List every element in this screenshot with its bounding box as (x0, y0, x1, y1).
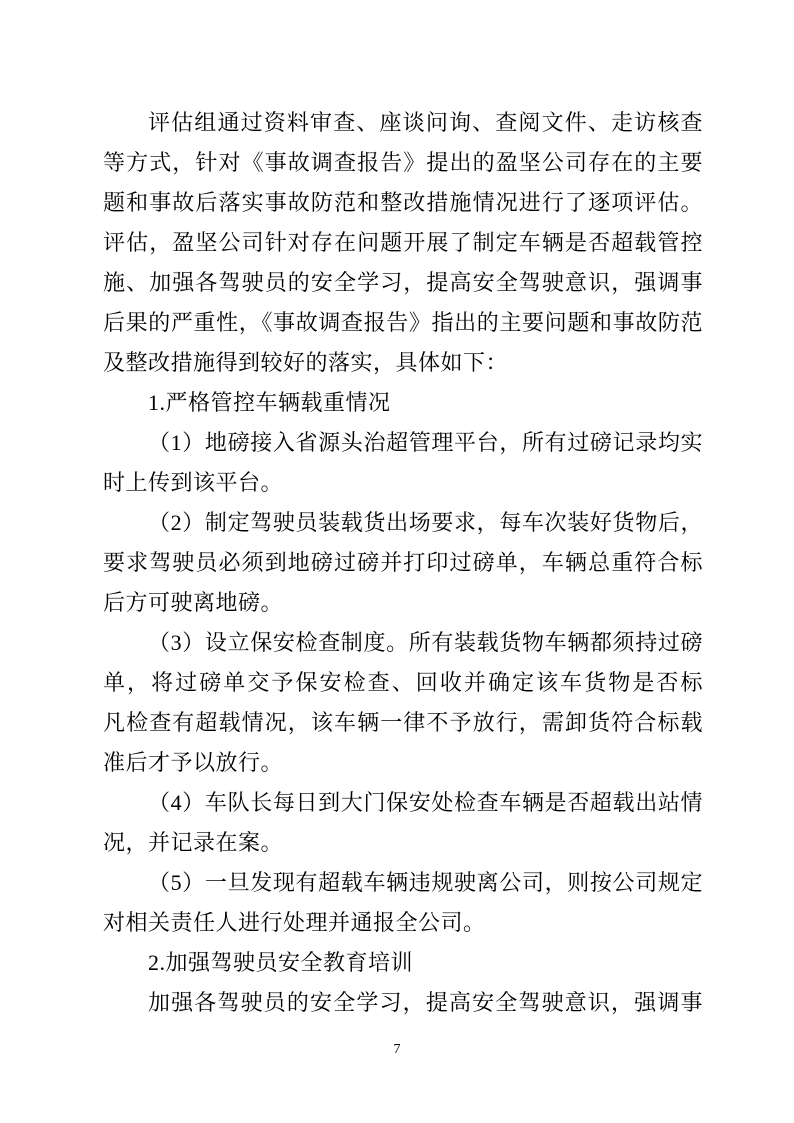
text-line: 凡检查有超载情况，该车辆一律不予放行，需卸货符合标载标 (103, 703, 703, 743)
text-line: 况，并记录在案。 (103, 823, 703, 863)
section-heading: 2.加强驾驶员安全教育培训 (103, 943, 703, 983)
text-line: 及整改措施得到较好的落实，具体如下： (103, 343, 703, 383)
text-line: （4）车队长每日到大门保安处检查车辆是否超载出站情 (103, 783, 703, 823)
text-line: 要求驾驶员必须到地磅过磅并打印过磅单，车辆总重符合标载 (103, 543, 703, 583)
text-line: 后果的严重性，《事故调查报告》指出的主要问题和事故防范 (103, 303, 703, 343)
text-line: （5）一旦发现有超载车辆违规驶离公司，则按公司规定 (103, 863, 703, 903)
text-line: 单，将过磅单交予保安检查、回收并确定该车货物是否标载， (103, 663, 703, 703)
text-line: 等方式，针对《事故调查报告》提出的盈坚公司存在的主要问 (103, 143, 703, 183)
document-page: 评估组通过资料审查、座谈问询、查阅文件、走访核查 等方式，针对《事故调查报告》提… (0, 0, 794, 1123)
text-line: （2）制定驾驶员装载货出场要求，每车次装好货物后， (103, 503, 703, 543)
text-line: 题和事故后落实事故防范和整改措施情况进行了逐项评估。经 (103, 183, 703, 223)
text-line: （1）地磅接入省源头治超管理平台，所有过磅记录均实 (103, 423, 703, 463)
text-line: 准后才予以放行。 (103, 743, 703, 783)
text-line: 评估，盈坚公司针对存在问题开展了制定车辆是否超载管控措 (103, 223, 703, 263)
document-body: 评估组通过资料审查、座谈问询、查阅文件、走访核查 等方式，针对《事故调查报告》提… (103, 103, 703, 1023)
text-line: （3）设立保安检查制度。所有装载货物车辆都须持过磅 (103, 623, 703, 663)
text-line: 对相关责任人进行处理并通报全公司。 (103, 903, 703, 943)
text-line: 时上传到该平台。 (103, 463, 703, 503)
section-heading: 1.严格管控车辆载重情况 (103, 383, 703, 423)
text-line: 加强各驾驶员的安全学习，提高安全驾驶意识，强调事 (103, 983, 703, 1023)
text-line: 施、加强各驾驶员的安全学习，提高安全驾驶意识，强调事故 (103, 263, 703, 303)
text-line: 后方可驶离地磅。 (103, 583, 703, 623)
page-number: 7 (394, 1042, 401, 1057)
text-line: 评估组通过资料审查、座谈问询、查阅文件、走访核查 (103, 103, 703, 143)
page-footer: 7 (0, 1040, 794, 1060)
